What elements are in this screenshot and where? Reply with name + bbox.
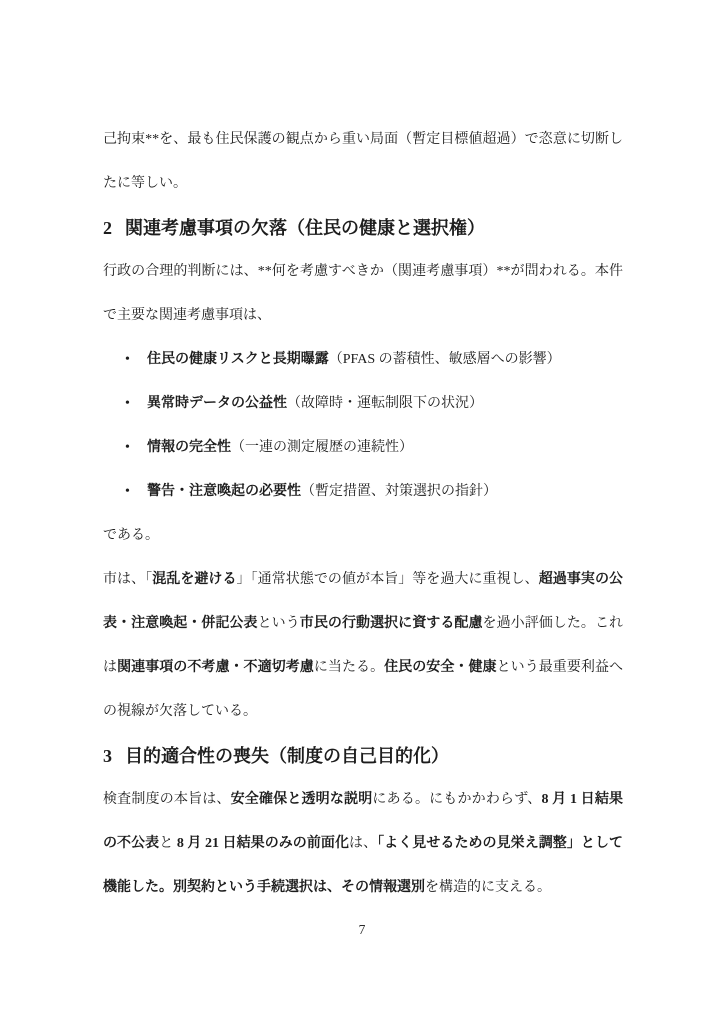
text-run: に当たる。 — [314, 660, 384, 675]
section-heading: 2関連考慮事項の欠落（住民の健康と選択権） — [103, 206, 623, 250]
paragraph: 己拘束**を、最も住民保護の観点から重い局面（暫定目標値超過）で恣意に切断したに… — [103, 118, 623, 206]
text-run: にある。にもかかわらず、 — [372, 792, 541, 807]
text-run: （暫定措置、対策選択の指針） — [301, 484, 497, 499]
text-run: 警告・注意喚起の必要性 — [147, 484, 301, 499]
text-run: 8 月 21 日結果のみの前面化 — [177, 836, 349, 851]
page-number: 7 — [0, 908, 724, 952]
text-run: 」「通常状態での値が本旨」等を過大に重視し、 — [237, 572, 539, 587]
text-run: 住民の健康リスクと長期曝露 — [147, 352, 329, 367]
paragraph: である。 — [103, 514, 623, 558]
paragraph: 検査制度の本旨は、安全確保と透明な説明にある。にもかかわらず、8 月 1 日結果… — [103, 778, 623, 910]
text-run: 己拘束**を、最も住民保護の観点から重い局面（暫定目標値超過）で恣意に切断したに… — [103, 132, 623, 191]
text-run: 行政の合理的判断には、**何を考慮すべきか（関連考慮事項）**が問われる。本件で… — [103, 264, 623, 323]
text-run: である。 — [103, 528, 159, 543]
list-item: •異常時データの公益性（故障時・運転制限下の状況） — [103, 382, 623, 426]
text-run: を構造的に支える。 — [425, 880, 551, 895]
bullet-icon: • — [125, 426, 130, 470]
text-run: 安全確保と透明な説明 — [231, 792, 373, 807]
bullet-list: •住民の健康リスクと長期曝露（PFAS の蓄積性、敏感層への影響） •異常時デー… — [103, 338, 623, 514]
bullet-icon: • — [125, 338, 130, 382]
text-run: 関連事項の不考慮・不適切考慮 — [117, 660, 314, 675]
text-run: 検査制度の本旨は、 — [103, 792, 231, 807]
heading-text: 目的適合性の喪失（制度の自己目的化） — [125, 746, 449, 766]
text-run: は、 — [349, 836, 377, 851]
text-run: （故障時・運転制限下の状況） — [287, 396, 483, 411]
list-item: •情報の完全性（一連の測定履歴の連続性） — [103, 426, 623, 470]
heading-number: 2 — [103, 206, 112, 250]
heading-text: 関連考慮事項の欠落（住民の健康と選択権） — [125, 218, 485, 238]
paragraph: 行政の合理的判断には、**何を考慮すべきか（関連考慮事項）**が問われる。本件で… — [103, 250, 623, 338]
bullet-icon: • — [125, 470, 130, 514]
text-run: 市民の行動選択に資する配慮 — [300, 616, 483, 631]
text-run: 混乱を避ける — [152, 572, 236, 587]
bullet-icon: • — [125, 382, 130, 426]
section-heading: 3目的適合性の喪失（制度の自己目的化） — [103, 734, 623, 778]
list-item: •住民の健康リスクと長期曝露（PFAS の蓄積性、敏感層への影響） — [103, 338, 623, 382]
text-run: 情報の完全性 — [147, 440, 231, 455]
text-run: 住民の安全・健康 — [384, 660, 496, 675]
heading-number: 3 — [103, 734, 112, 778]
text-run: という — [258, 616, 300, 631]
text-run: （一連の測定履歴の連続性） — [231, 440, 413, 455]
paragraph: 市は、「混乱を避ける」「通常状態での値が本旨」等を過大に重視し、超過事実の公表・… — [103, 558, 623, 734]
document-page: 己拘束**を、最も住民保護の観点から重い局面（暫定目標値超過）で恣意に切断したに… — [0, 0, 724, 1024]
text-run: （PFAS の蓄積性、敏感層への影響） — [329, 352, 561, 367]
text-run: 市は、「 — [103, 572, 152, 587]
body-text: 己拘束**を、最も住民保護の観点から重い局面（暫定目標値超過）で恣意に切断したに… — [103, 118, 623, 910]
text-run: 異常時データの公益性 — [147, 396, 287, 411]
text-run: と — [159, 836, 177, 851]
list-item: •警告・注意喚起の必要性（暫定措置、対策選択の指針） — [103, 470, 623, 514]
